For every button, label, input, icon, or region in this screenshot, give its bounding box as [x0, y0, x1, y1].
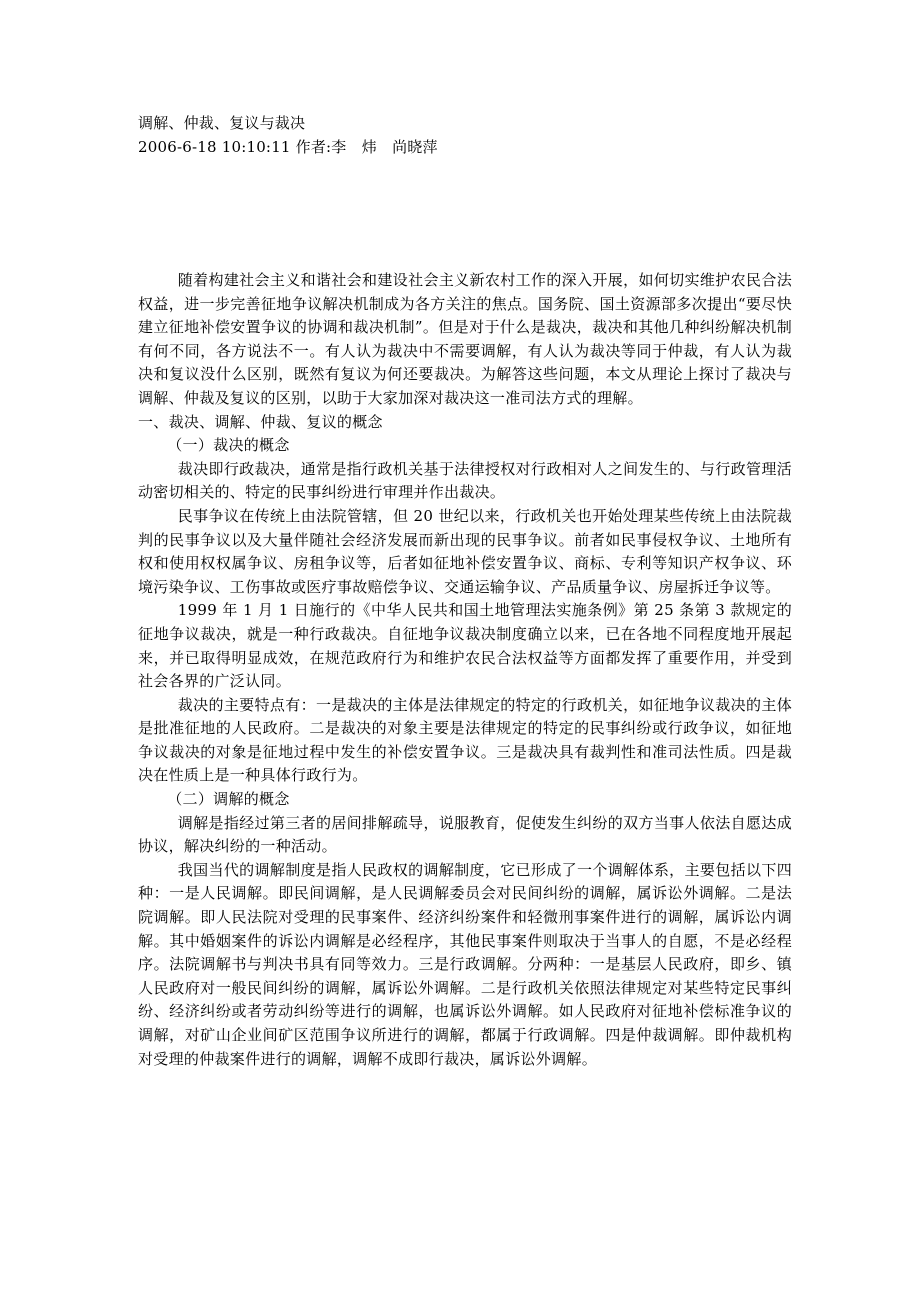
- paragraph-mediation-system: 我国当代的调解制度是指人民政权的调解制度，它已形成了一个调解体系，主要包括以下四…: [138, 859, 792, 1071]
- section-heading-1: 一、裁决、调解、仲裁、复议的概念: [138, 411, 792, 435]
- document-meta: 2006-6-18 10:10:11 作者:李 炜 尚晓萍: [138, 136, 792, 160]
- blank-space: [138, 159, 792, 269]
- subsection-heading-adjudication: （一）裁决的概念: [138, 434, 792, 458]
- subsection-heading-mediation: （二）调解的概念: [138, 788, 792, 812]
- paragraph-intro: 随着构建社会主义和谐社会和建设社会主义新农村工作的深入开展，如何切实维护农民合法…: [138, 269, 792, 411]
- paragraph-civil-disputes: 民事争议在传统上由法院管辖，但 20 世纪以来，行政机关也开始处理某些传统上由法…: [138, 505, 792, 599]
- paragraph-land-regulation: 1999 年 1 月 1 日施行的《中华人民共和国土地管理法实施条例》第 25 …: [138, 599, 792, 693]
- document-page: 调解、仲裁、复议与裁决 2006-6-18 10:10:11 作者:李 炜 尚晓…: [138, 112, 792, 1071]
- document-body: 随着构建社会主义和谐社会和建设社会主义新农村工作的深入开展，如何切实维护农民合法…: [138, 269, 792, 1071]
- paragraph-adjudication-definition: 裁决即行政裁决，通常是指行政机关基于法律授权对行政相对人之间发生的、与行政管理活…: [138, 458, 792, 505]
- paragraph-mediation-definition: 调解是指经过第三者的居间排解疏导，说服教育，促使发生纠纷的双方当事人依法自愿达成…: [138, 812, 792, 859]
- document-title: 调解、仲裁、复议与裁决: [138, 112, 792, 136]
- paragraph-adjudication-features: 裁决的主要特点有：一是裁决的主体是法律规定的特定的行政机关，如征地争议裁决的主体…: [138, 694, 792, 788]
